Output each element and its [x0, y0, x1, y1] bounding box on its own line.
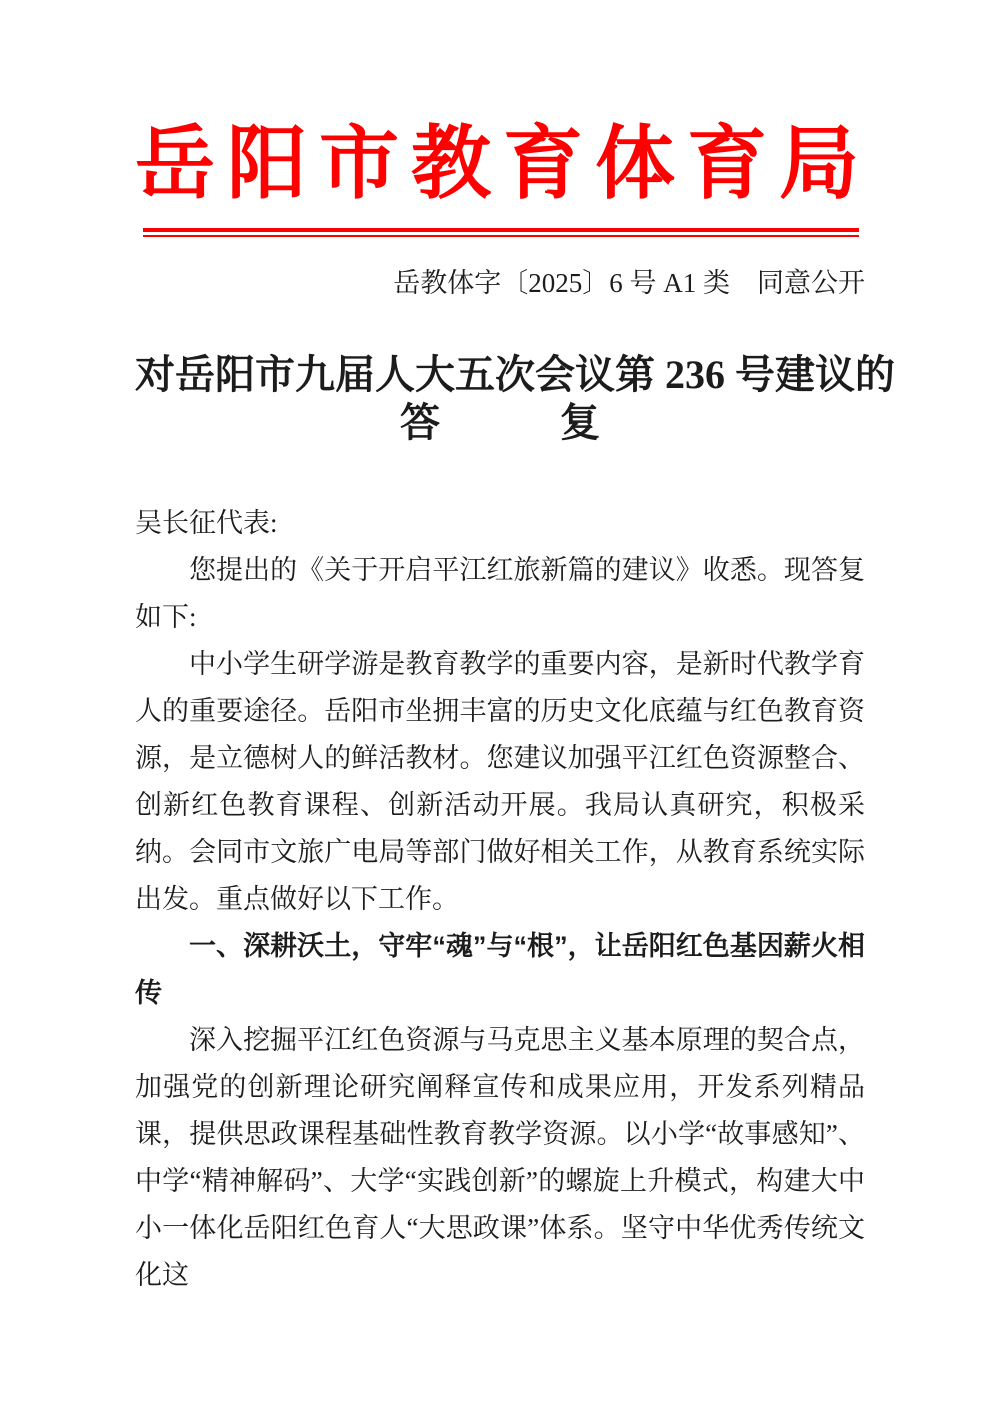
document-page: 岳阳市教育体育局 岳教体字〔2025〕6 号 A1 类 同意公开 对岳阳市九届人…	[0, 0, 1000, 1414]
document-body: 吴长征代表: 您提出的《关于开启平江红旅新篇的建议》收悉。现答复如下: 中小学生…	[135, 500, 865, 1299]
salutation-line: 吴长征代表:	[135, 500, 865, 547]
paragraph-section1-content: 深入挖掘平江红色资源与马克思主义基本原理的契合点，加强党的创新理论研究阐释宣传和…	[135, 1017, 865, 1299]
red-double-rule	[143, 228, 859, 237]
doc-reference-number: 岳教体字〔2025〕6 号 A1 类 同意公开	[135, 267, 865, 299]
section-heading-1: 一、深耕沃土，守牢“魂”与“根”，让岳阳红色基因薪火相传	[135, 923, 865, 1017]
document-title: 对岳阳市九届人大五次会议第 236 号建议的 答 复	[135, 351, 865, 447]
agency-letterhead-title: 岳阳市教育体育局	[135, 115, 865, 215]
paragraph-background: 中小学生研学游是教育教学的重要内容，是新时代教学育人的重要途径。岳阳市坐拥丰富的…	[135, 641, 865, 923]
document-title-line2: 答 复	[135, 399, 865, 447]
document-title-line1: 对岳阳市九届人大五次会议第 236 号建议的	[135, 351, 865, 399]
paragraph-reply-intro: 您提出的《关于开启平江红旅新篇的建议》收悉。现答复如下:	[135, 547, 865, 641]
